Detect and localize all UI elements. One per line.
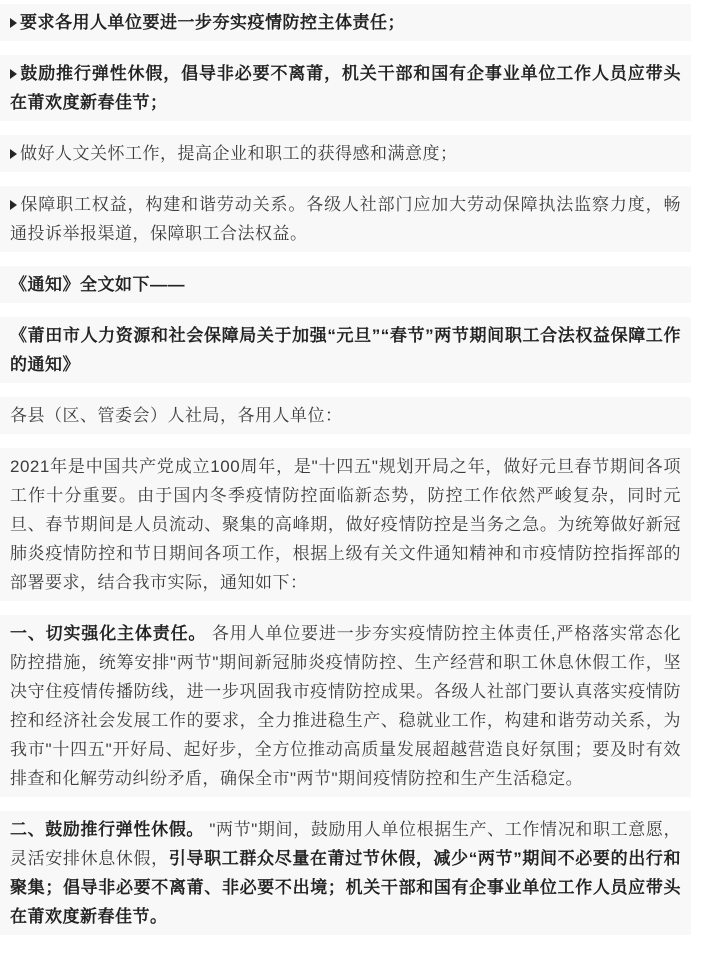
article-page: 要求各用人单位要进一步夯实疫情防控主体责任； 鼓励推行弹性休假，倡导非必要不离莆… — [0, 0, 701, 935]
section-1-heading: 一、切实强化主体责任。 — [10, 624, 206, 643]
bullet-triangle-icon — [10, 149, 17, 159]
bullet-triangle-icon — [10, 200, 17, 210]
summary-point-3: 做好人文关怀工作，提高企业和职工的获得感和满意度； — [0, 135, 691, 172]
section-2-paragraph: 二、鼓励推行弹性休假。 "两节"期间，鼓励用人单位根据生产、工作情况和职工意愿，… — [0, 811, 691, 935]
section-1-paragraph: 一、切实强化主体责任。 各用人单位要进一步夯实疫情防控主体责任,严格落实常态化防… — [0, 615, 691, 797]
summary-point-1-text: 要求各用人单位要进一步夯实疫情防控主体责任； — [20, 13, 405, 32]
bullet-triangle-icon — [10, 18, 17, 28]
bullet-triangle-icon — [10, 69, 17, 79]
summary-point-4: 保障职工权益，构建和谐劳动关系。各级人社部门应加大劳动保障执法监察力度，畅通投诉… — [0, 186, 691, 252]
salutation: 各县（区、管委会）人社局，各用人单位： — [0, 397, 691, 434]
section-2-heading: 二、鼓励推行弹性休假。 — [10, 820, 204, 839]
notice-intro: 《通知》全文如下—— — [0, 266, 691, 303]
summary-point-1: 要求各用人单位要进一步夯实疫情防控主体责任； — [0, 4, 691, 41]
summary-point-4-text: 保障职工权益，构建和谐劳动关系。各级人社部门应加大劳动保障执法监察力度，畅通投诉… — [10, 195, 681, 243]
intro-paragraph: 2021年是中国共产党成立100周年，是"十四五"规划开局之年，做好元旦春节期间… — [0, 448, 691, 601]
summary-point-2-text: 鼓励推行弹性休假，倡导非必要不离莆，机关干部和国有企事业单位工作人员应带头在莆欢… — [10, 64, 681, 112]
notice-title: 《莆田市人力资源和社会保障局关于加强“元旦”“春节”两节期间职工合法权益保障工作… — [0, 317, 691, 383]
summary-point-2: 鼓励推行弹性休假，倡导非必要不离莆，机关干部和国有企事业单位工作人员应带头在莆欢… — [0, 55, 691, 121]
section-1-body: 各用人单位要进一步夯实疫情防控主体责任,严格落实常态化防控措施，统筹安排"两节"… — [10, 624, 681, 788]
summary-point-3-text: 做好人文关怀工作，提高企业和职工的获得感和满意度； — [20, 144, 458, 163]
